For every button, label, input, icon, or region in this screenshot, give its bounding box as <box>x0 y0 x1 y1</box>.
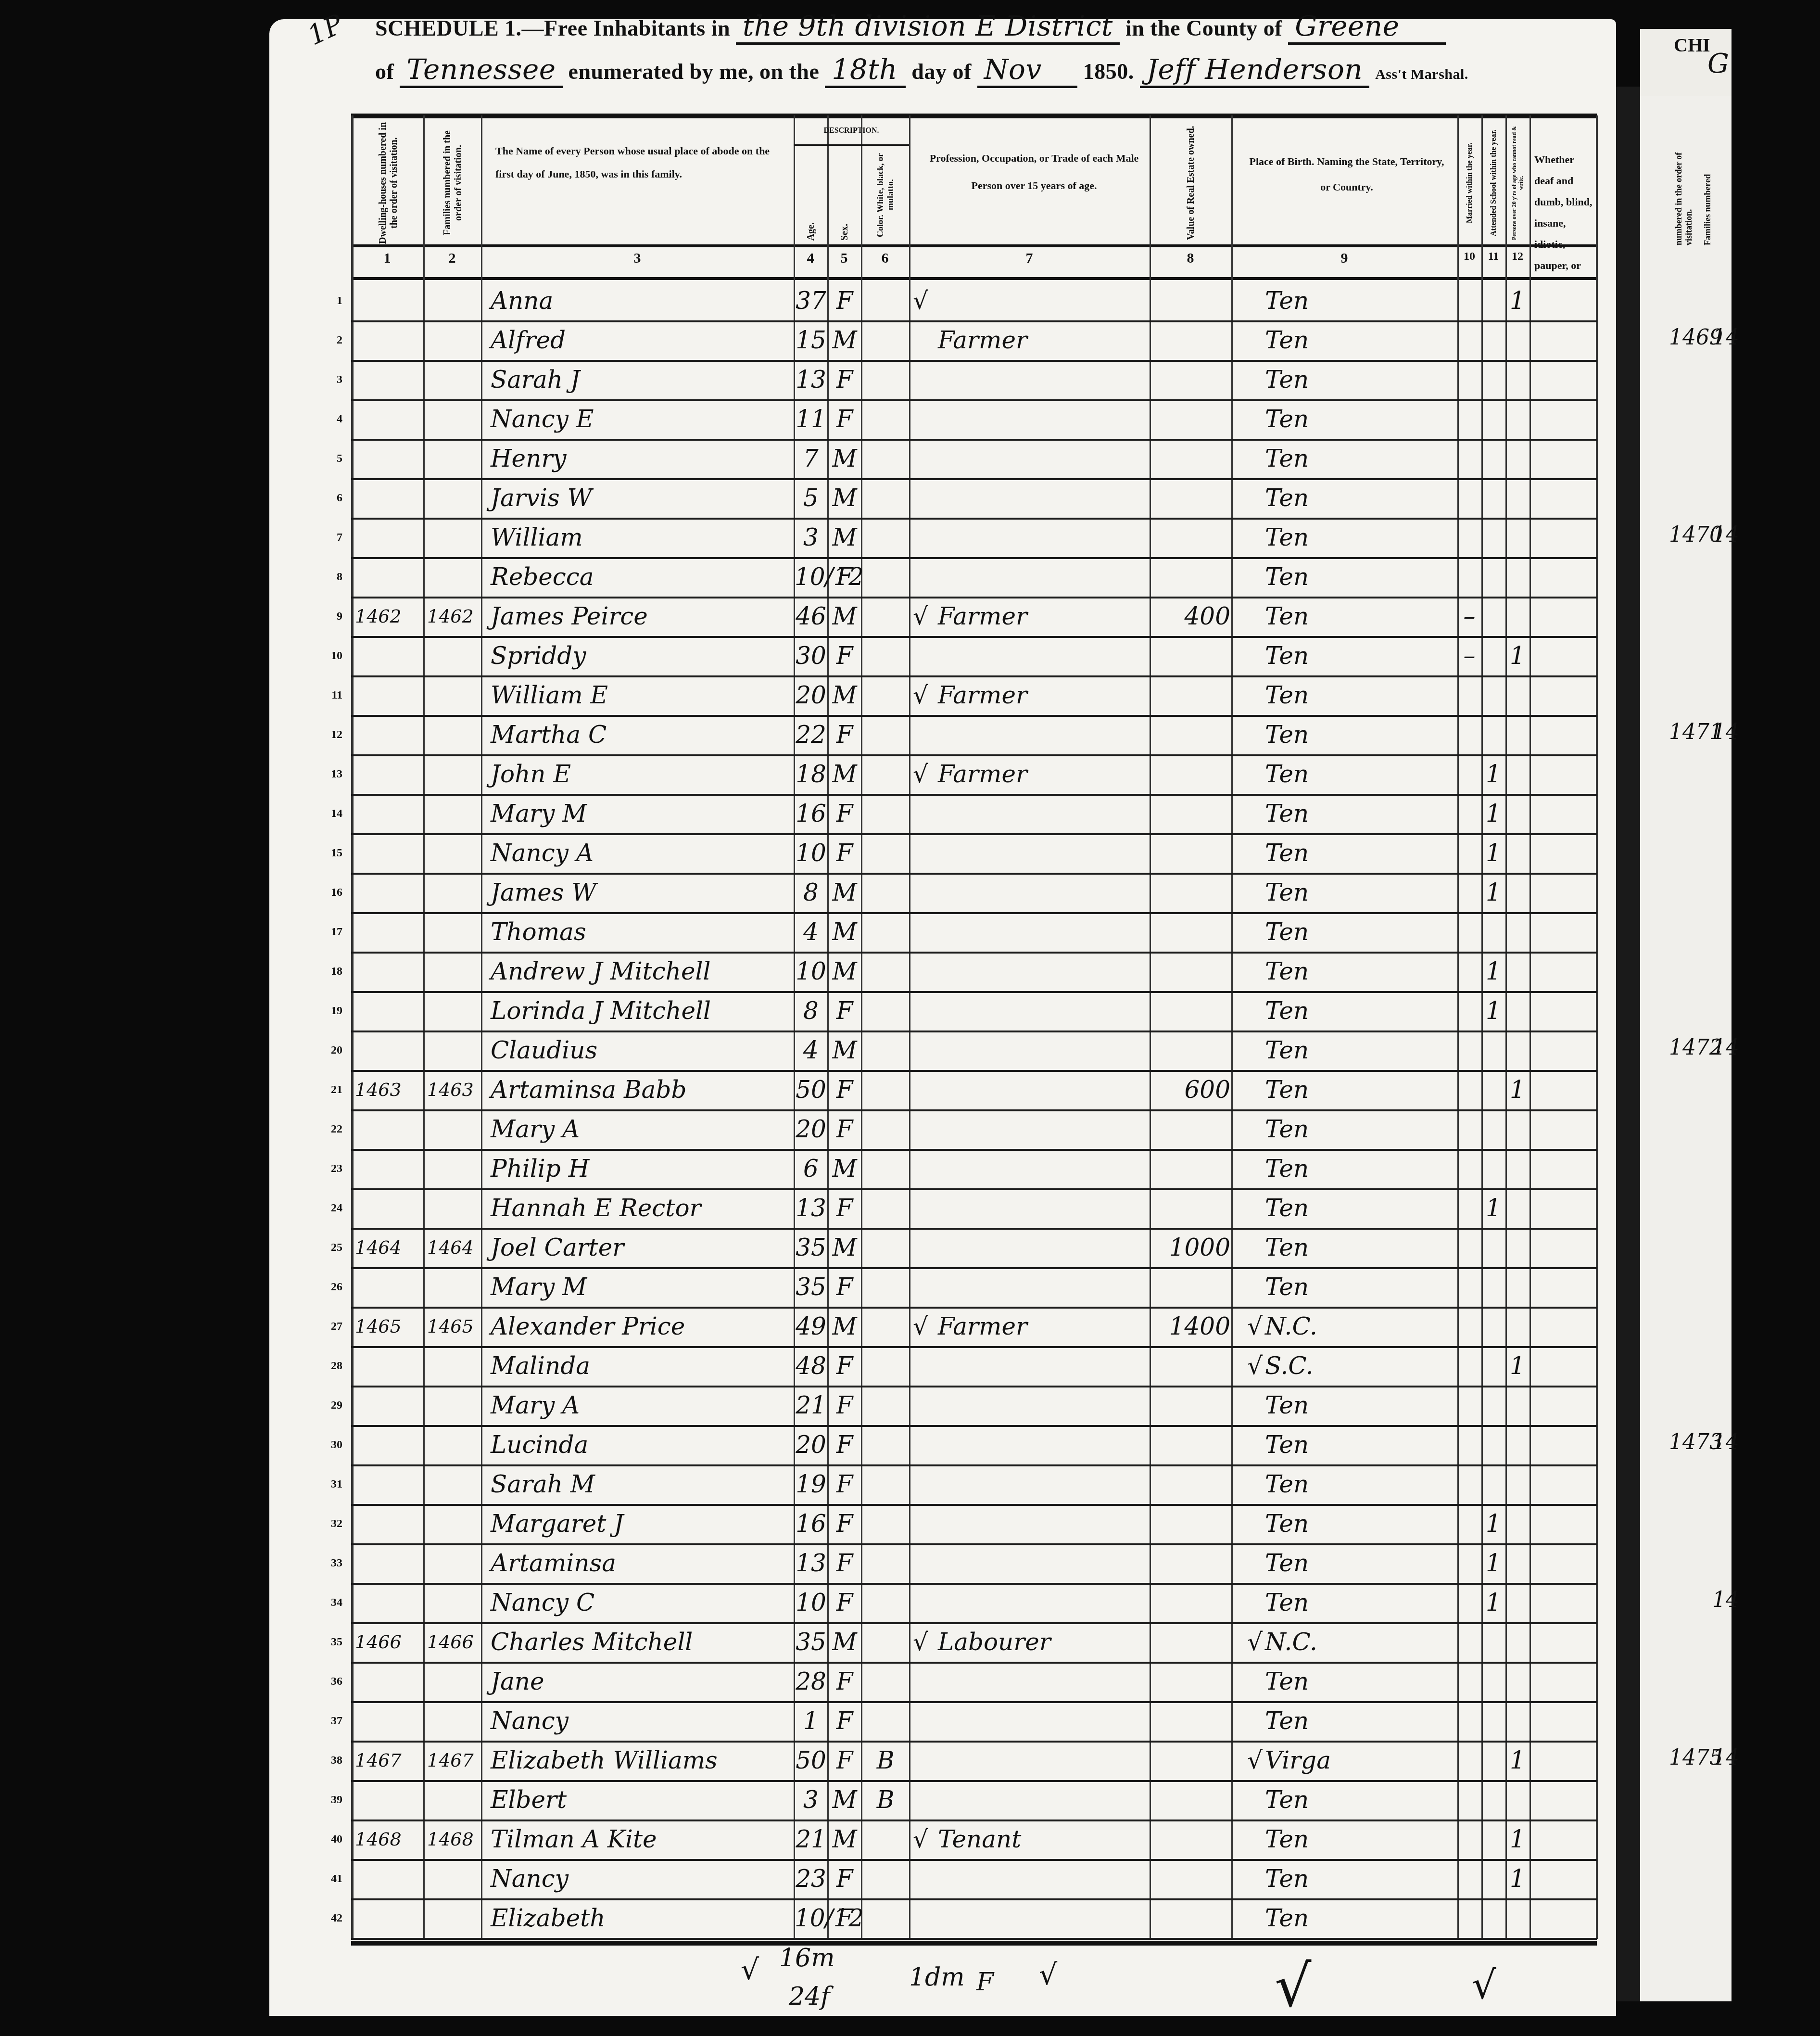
census-row: 35 1466 1466 Charles Mitchell 35 M √ Lab… <box>351 1622 1597 1664</box>
line-number: 6 <box>318 478 342 518</box>
real-estate-value <box>1150 1741 1230 1780</box>
line-number: 31 <box>318 1464 342 1504</box>
age: 13 <box>795 360 827 399</box>
cannot-read-write <box>1505 1662 1529 1701</box>
sex: F <box>828 557 861 597</box>
line-number: 7 <box>318 518 342 557</box>
person-name: Alexander Price <box>491 1307 789 1346</box>
age: 30 <box>795 636 827 675</box>
attended-school <box>1481 675 1505 715</box>
cannot-read-write <box>1505 1031 1529 1070</box>
census-row: 12 Martha C 22 F Ten <box>351 715 1597 756</box>
birthplace-checkmark-icon <box>1234 1583 1263 1622</box>
real-estate-value <box>1150 912 1230 952</box>
birthplace: S.C. <box>1265 1346 1409 1386</box>
person-name: Jane <box>491 1662 789 1701</box>
cannot-read-write <box>1505 873 1529 912</box>
sex: F <box>828 1386 861 1425</box>
sex: M <box>828 1622 861 1662</box>
col-header-age: Age. <box>795 149 827 241</box>
schedule-label: SCHEDULE 1.—Free Inhabitants in <box>375 16 730 40</box>
dwelling-number <box>355 320 422 360</box>
checkmark-icon <box>913 1031 932 1070</box>
birthplace: Ten <box>1265 794 1409 833</box>
birthplace: Ten <box>1265 754 1409 794</box>
color <box>862 636 909 675</box>
occupation <box>938 1188 1150 1228</box>
real-estate-value <box>1150 1188 1230 1228</box>
family-number: 1465 <box>427 1307 482 1346</box>
attended-school: 1 <box>1481 1504 1505 1543</box>
cannot-read-write <box>1505 1267 1529 1307</box>
birthplace: Ten <box>1265 439 1409 478</box>
dwelling-number <box>355 991 422 1031</box>
col-header-name: The Name of every Person whose usual pla… <box>495 140 784 265</box>
married-within-year: – <box>1457 597 1481 636</box>
state-field: Tennessee <box>400 53 562 88</box>
line-number: 40 <box>318 1820 342 1859</box>
real-estate-value <box>1150 873 1230 912</box>
age: 23 <box>795 1859 827 1898</box>
person-name: Malinda <box>491 1346 789 1386</box>
birthplace: Ten <box>1265 1662 1409 1701</box>
census-row: 19 Lorinda J Mitchell 8 F Ten 1 <box>351 991 1597 1032</box>
checkmark-icon <box>913 912 932 952</box>
birthplace: N.C. <box>1265 1307 1409 1346</box>
adjacent-col-header-2: Families numbered <box>1703 115 1713 245</box>
line-number: 28 <box>318 1346 342 1386</box>
birthplace-checkmark-icon: √ <box>1234 1346 1263 1386</box>
cannot-read-write: 1 <box>1505 1346 1529 1386</box>
sex: F <box>828 715 861 754</box>
birthplace-checkmark-icon: √ <box>1234 1741 1263 1780</box>
sex: M <box>828 1031 861 1070</box>
col-header-deaf-blind: Whether deaf and dumb, blind, insane, id… <box>1534 149 1594 274</box>
attended-school <box>1481 281 1505 320</box>
occupation <box>938 833 1150 873</box>
checkmark-icon <box>913 1898 932 1938</box>
color <box>862 597 909 636</box>
checkmark-icon <box>913 1504 932 1543</box>
family-number <box>427 1386 482 1425</box>
person-name: Sarah J <box>491 360 789 399</box>
dwelling-number: 1462 <box>355 597 422 636</box>
real-estate-value <box>1150 478 1230 518</box>
family-number <box>427 518 482 557</box>
occupation <box>938 636 1150 675</box>
checkmark-icon <box>913 1543 932 1583</box>
checkmark-icon <box>913 794 932 833</box>
color <box>862 912 909 952</box>
attended-school <box>1481 1307 1505 1346</box>
census-row: 14 Mary M 16 F Ten 1 <box>351 794 1597 835</box>
married-within-year <box>1457 281 1481 320</box>
real-estate-value <box>1150 1780 1230 1820</box>
dwelling-number <box>355 1543 422 1583</box>
tally-second-males: 1dm <box>909 1963 965 1992</box>
occupation <box>938 1346 1150 1386</box>
age: 13 <box>795 1188 827 1228</box>
dwelling-number <box>355 675 422 715</box>
real-estate-value <box>1150 1109 1230 1149</box>
checkmark-icon <box>913 478 932 518</box>
attended-school <box>1481 1662 1505 1701</box>
married-within-year <box>1457 1425 1481 1464</box>
birthplace-checkmark-icon <box>1234 1109 1263 1149</box>
checkmark-icon <box>913 1859 932 1898</box>
census-row: 24 Hannah E Rector 13 F Ten 1 <box>351 1188 1597 1230</box>
occupation <box>938 1464 1150 1504</box>
birthplace: Ten <box>1265 1188 1409 1228</box>
dwelling-number <box>355 1464 422 1504</box>
family-number <box>427 715 482 754</box>
color <box>862 320 909 360</box>
married-within-year <box>1457 557 1481 597</box>
occupation <box>938 1701 1150 1741</box>
occupation <box>938 1031 1150 1070</box>
family-number <box>427 1267 482 1307</box>
sex: M <box>828 1307 861 1346</box>
attended-school <box>1481 1386 1505 1425</box>
real-estate-value <box>1150 439 1230 478</box>
occupation <box>938 1543 1150 1583</box>
cannot-read-write: 1 <box>1505 1820 1529 1859</box>
birthplace-checkmark-icon <box>1234 360 1263 399</box>
birthplace-checkmark-icon <box>1234 912 1263 952</box>
occupation: Farmer <box>938 1307 1150 1346</box>
color <box>862 1228 909 1267</box>
tally-second-females: F <box>976 1968 994 1997</box>
person-name: Alfred <box>491 320 789 360</box>
real-estate-value: 1400 <box>1150 1307 1230 1346</box>
real-estate-value: 400 <box>1150 597 1230 636</box>
sex: M <box>828 1820 861 1859</box>
person-name: Nancy E <box>491 399 789 439</box>
census-row: 2 Alfred 15 M Farmer Ten <box>351 320 1597 362</box>
married-within-year <box>1457 518 1481 557</box>
birthplace: Ten <box>1265 1109 1409 1149</box>
birthplace-checkmark-icon <box>1234 833 1263 873</box>
col-number: 6 <box>861 250 909 267</box>
married-within-year <box>1457 1386 1481 1425</box>
birthplace: Ten <box>1265 518 1409 557</box>
birthplace-checkmark-icon <box>1234 1464 1263 1504</box>
color <box>862 360 909 399</box>
cannot-read-write <box>1505 1504 1529 1543</box>
birthplace: Ten <box>1265 873 1409 912</box>
color <box>862 1898 909 1938</box>
occupation <box>938 1662 1150 1701</box>
family-number <box>427 675 482 715</box>
birthplace: Ten <box>1265 1070 1409 1109</box>
occupation <box>938 281 1150 320</box>
sex: F <box>828 1543 861 1583</box>
color <box>862 873 909 912</box>
year-label: 1850. <box>1083 59 1134 84</box>
birthplace-checkmark-icon <box>1234 281 1263 320</box>
checkmark-icon <box>913 399 932 439</box>
schedule-title-line-1: SCHEDULE 1.—Free Inhabitants in the 9th … <box>375 10 1446 45</box>
month-field: Nov <box>977 53 1077 88</box>
person-name: William E <box>491 675 789 715</box>
tally-checkmark-icon: √ <box>1472 1963 1496 2008</box>
line-number: 9 <box>318 597 342 636</box>
checkmark-icon <box>913 1583 932 1622</box>
dwelling-number <box>355 715 422 754</box>
occupation: Labourer <box>938 1622 1150 1662</box>
sex: F <box>828 1464 861 1504</box>
color <box>862 1267 909 1307</box>
checkmark-icon <box>913 1109 932 1149</box>
occupation: Tenant <box>938 1820 1150 1859</box>
line-number: 24 <box>318 1188 342 1228</box>
real-estate-value <box>1150 1820 1230 1859</box>
birthplace-checkmark-icon <box>1234 1228 1263 1267</box>
line-number: 10 <box>318 636 342 675</box>
person-name: Sarah M <box>491 1464 789 1504</box>
dwelling-number <box>355 1386 422 1425</box>
age: 8 <box>795 873 827 912</box>
assistant-label: Ass't Marshal. <box>1375 66 1468 82</box>
line-number: 30 <box>318 1425 342 1464</box>
birthplace: Ten <box>1265 952 1409 991</box>
line-number: 41 <box>318 1859 342 1898</box>
attended-school: 1 <box>1481 991 1505 1031</box>
married-within-year <box>1457 1701 1481 1741</box>
age: 10 <box>795 952 827 991</box>
occupation <box>938 1859 1150 1898</box>
sex: F <box>828 1188 861 1228</box>
col-header-married: Married within the year. <box>1458 120 1481 245</box>
age: 37 <box>795 281 827 320</box>
attended-school: 1 <box>1481 1583 1505 1622</box>
birthplace: Ten <box>1265 1820 1409 1859</box>
age: 50 <box>795 1741 827 1780</box>
married-within-year: – <box>1457 636 1481 675</box>
age: 28 <box>795 1662 827 1701</box>
census-row: 40 1468 1468 Tilman A Kite 21 M √ Tenant… <box>351 1820 1597 1861</box>
age: 20 <box>795 1109 827 1149</box>
cannot-read-write <box>1505 1149 1529 1188</box>
birthplace: Ten <box>1265 675 1409 715</box>
married-within-year <box>1457 1267 1481 1307</box>
real-estate-value <box>1150 1346 1230 1386</box>
dwelling-number <box>355 1662 422 1701</box>
sex: F <box>828 281 861 320</box>
occupation <box>938 478 1150 518</box>
married-within-year <box>1457 1741 1481 1780</box>
attended-school <box>1481 1228 1505 1267</box>
dwelling-number <box>355 912 422 952</box>
census-row: 16 James W 8 M Ten 1 <box>351 873 1597 914</box>
family-number <box>427 439 482 478</box>
dwelling-number: 1464 <box>355 1228 422 1267</box>
dwelling-number <box>355 873 422 912</box>
family-number: 1468 <box>427 1820 482 1859</box>
birthplace-checkmark-icon <box>1234 1504 1263 1543</box>
birthplace-checkmark-icon <box>1234 1780 1263 1820</box>
age: 4 <box>795 1031 827 1070</box>
checkmark-icon <box>913 360 932 399</box>
age: 49 <box>795 1307 827 1346</box>
line-number: 37 <box>318 1701 342 1741</box>
checkmark-icon <box>913 1780 932 1820</box>
birthplace-checkmark-icon <box>1234 1070 1263 1109</box>
checkmark-icon <box>913 1386 932 1425</box>
checkmark-icon <box>913 1188 932 1228</box>
color <box>862 754 909 794</box>
person-name: Lucinda <box>491 1425 789 1464</box>
checkmark-icon <box>913 518 932 557</box>
sex: M <box>828 439 861 478</box>
checkmark-icon <box>913 1267 932 1307</box>
color <box>862 1859 909 1898</box>
birthplace-checkmark-icon <box>1234 1820 1263 1859</box>
adjacent-family-number: 14 <box>1712 1035 1739 1060</box>
birthplace-checkmark-icon <box>1234 518 1263 557</box>
cannot-read-write <box>1505 1543 1529 1583</box>
person-name: Claudius <box>491 1031 789 1070</box>
married-within-year <box>1457 1583 1481 1622</box>
age: 15 <box>795 320 827 360</box>
occupation <box>938 1780 1150 1820</box>
cannot-read-write: 1 <box>1505 281 1529 320</box>
family-number <box>427 557 482 597</box>
real-estate-value <box>1150 1859 1230 1898</box>
dwelling-number <box>355 1701 422 1741</box>
line-number: 34 <box>318 1583 342 1622</box>
checkmark-icon: √ <box>913 754 932 794</box>
real-estate-value <box>1150 1622 1230 1662</box>
dwelling-number <box>355 1031 422 1070</box>
birthplace: Ten <box>1265 281 1409 320</box>
line-number: 27 <box>318 1307 342 1346</box>
col-header-school: Attended School within the year. <box>1482 120 1505 245</box>
color <box>862 1622 909 1662</box>
attended-school <box>1481 478 1505 518</box>
color <box>862 518 909 557</box>
married-within-year <box>1457 1859 1481 1898</box>
occupation <box>938 360 1150 399</box>
census-row: 23 Philip H 6 M Ten <box>351 1149 1597 1190</box>
real-estate-value <box>1150 360 1230 399</box>
birthplace: Ten <box>1265 399 1409 439</box>
age: 19 <box>795 1464 827 1504</box>
real-estate-value <box>1150 1701 1230 1741</box>
checkmark-icon <box>913 991 932 1031</box>
dwelling-number <box>355 360 422 399</box>
adjacent-header-fragment: CHI <box>1674 34 1710 56</box>
family-number <box>427 833 482 873</box>
dwelling-number: 1467 <box>355 1741 422 1780</box>
occupation <box>938 1228 1150 1267</box>
birthplace: Ten <box>1265 1859 1409 1898</box>
family-number <box>427 1662 482 1701</box>
person-name: Elizabeth <box>491 1898 789 1938</box>
birthplace-checkmark-icon <box>1234 1188 1263 1228</box>
color <box>862 675 909 715</box>
birthplace-checkmark-icon <box>1234 439 1263 478</box>
sex: M <box>828 518 861 557</box>
cannot-read-write <box>1505 1228 1529 1267</box>
cannot-read-write <box>1505 1307 1529 1346</box>
real-estate-value <box>1150 1662 1230 1701</box>
attended-school <box>1481 320 1505 360</box>
dwelling-number <box>355 1346 422 1386</box>
attended-school <box>1481 399 1505 439</box>
family-number: 1464 <box>427 1228 482 1267</box>
line-number: 19 <box>318 991 342 1031</box>
col-number: 10 <box>1457 250 1481 263</box>
family-number <box>427 1425 482 1464</box>
tally-checkmark-icon: √ <box>1039 1958 1057 1992</box>
line-number: 3 <box>318 360 342 399</box>
married-within-year <box>1457 675 1481 715</box>
line-number: 12 <box>318 715 342 754</box>
attended-school <box>1481 1622 1505 1662</box>
age: 7 <box>795 439 827 478</box>
checkmark-icon <box>913 557 932 597</box>
color <box>862 715 909 754</box>
real-estate-value <box>1150 1149 1230 1188</box>
sex: F <box>828 360 861 399</box>
occupation <box>938 1386 1150 1425</box>
real-estate-value <box>1150 715 1230 754</box>
dwelling-number <box>355 439 422 478</box>
birthplace: N.C. <box>1265 1622 1409 1662</box>
color <box>862 478 909 518</box>
sex: F <box>828 1583 861 1622</box>
family-number: 1467 <box>427 1741 482 1780</box>
person-name: Thomas <box>491 912 789 952</box>
line-number: 32 <box>318 1504 342 1543</box>
cannot-read-write <box>1505 1583 1529 1622</box>
col-number: 11 <box>1481 250 1505 263</box>
line-number: 38 <box>318 1741 342 1780</box>
sex: M <box>828 320 861 360</box>
cannot-read-write: 1 <box>1505 636 1529 675</box>
table-bottom-rule <box>351 1941 1597 1946</box>
adjacent-family-number: 14 <box>1712 1430 1739 1454</box>
col-number: 7 <box>909 250 1150 267</box>
line-number: 13 <box>318 754 342 794</box>
birthplace-checkmark-icon <box>1234 675 1263 715</box>
real-estate-value <box>1150 1543 1230 1583</box>
census-row: 4 Nancy E 11 F Ten <box>351 399 1597 441</box>
birthplace: Ten <box>1265 715 1409 754</box>
person-name: Nancy <box>491 1701 789 1741</box>
line-number: 29 <box>318 1386 342 1425</box>
attended-school <box>1481 1031 1505 1070</box>
age: 50 <box>795 1070 827 1109</box>
dwelling-number: 1465 <box>355 1307 422 1346</box>
census-row: 31 Sarah M 19 F Ten <box>351 1464 1597 1506</box>
age: 4 <box>795 912 827 952</box>
occupation <box>938 439 1150 478</box>
cannot-read-write: 1 <box>1505 1070 1529 1109</box>
sex: F <box>828 1898 861 1938</box>
birthplace: Ten <box>1265 1504 1409 1543</box>
line-number: 23 <box>318 1149 342 1188</box>
person-name: Elbert <box>491 1780 789 1820</box>
attended-school <box>1481 557 1505 597</box>
married-within-year <box>1457 439 1481 478</box>
checkmark-icon <box>913 1741 932 1780</box>
person-name: Tilman A Kite <box>491 1820 789 1859</box>
real-estate-value <box>1150 518 1230 557</box>
census-row: 27 1465 1465 Alexander Price 49 M √ Farm… <box>351 1307 1597 1348</box>
occupation <box>938 912 1150 952</box>
